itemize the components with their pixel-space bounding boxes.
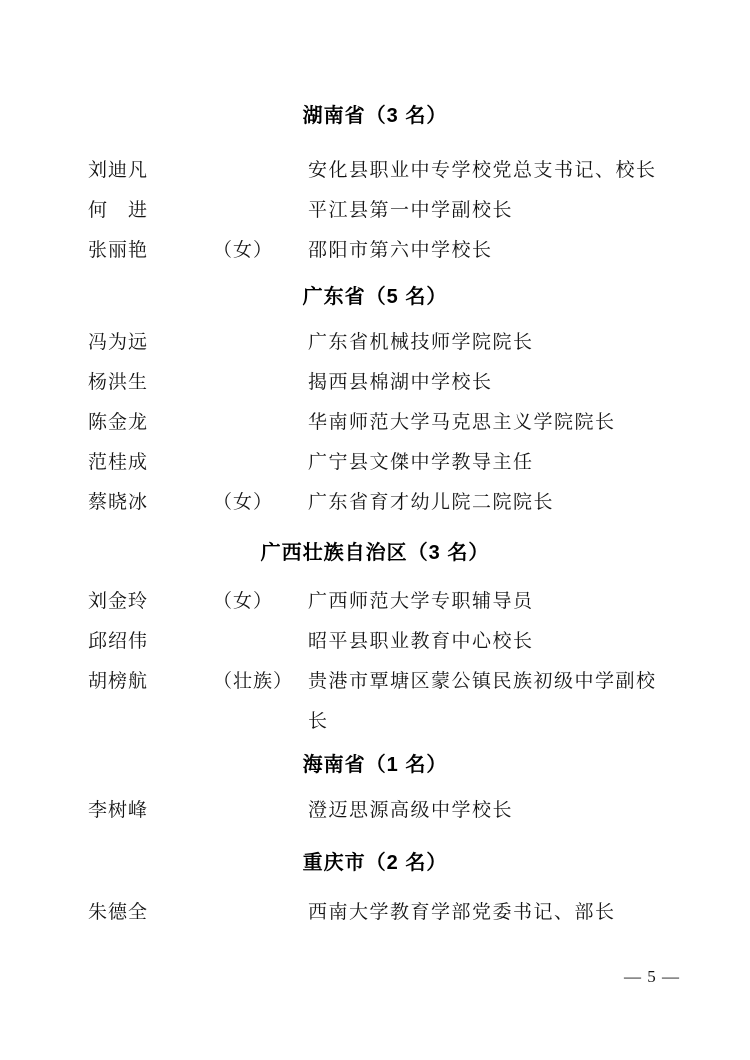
entry-name: 范桂成 [88,443,150,483]
entry-row: 冯为远广东省机械技师学院院长 [88,323,662,363]
section-entries: 李树峰澄迈思源高级中学校长 [88,791,662,831]
section-heading: 广东省（5 名） [88,283,662,311]
entry-name: 胡榜航 [88,662,150,702]
entry-name: 何 进 [88,191,150,231]
entry-row: 胡榜航（壮族）贵港市覃塘区蒙公镇民族初级中学副校长 [88,662,662,742]
entry-position: 澄迈思源高级中学校长 [308,791,662,831]
document-content: 湖南省（3 名）刘迪凡安化县职业中专学校党总支书记、校长何 进平江县第一中学副校… [88,102,662,933]
entry-row: 刘金玲（女）广西师范大学专职辅导员 [88,582,662,622]
entry-row: 蔡晓冰（女）广东省育才幼儿院二院院长 [88,483,662,523]
entry-name: 杨洪生 [88,363,150,403]
entry-row: 杨洪生揭西县棉湖中学校长 [88,363,662,403]
entry-note: （女） [213,582,273,622]
section-entries: 冯为远广东省机械技师学院院长杨洪生揭西县棉湖中学校长陈金龙华南师范大学马克思主义… [88,323,662,523]
entry-note: （壮族） [213,662,293,702]
entry-position: 西南大学教育学部党委书记、部长 [308,893,662,933]
entry-row: 刘迪凡安化县职业中专学校党总支书记、校长 [88,151,662,191]
entry-name: 蔡晓冰 [88,483,150,523]
section-heading: 海南省（1 名） [88,751,662,779]
entry-note: （女） [213,483,273,523]
entry-name: 朱德全 [88,893,150,933]
entry-name: 邱绍伟 [88,622,150,662]
entry-position: 昭平县职业教育中心校长 [308,622,662,662]
entry-row: 何 进平江县第一中学副校长 [88,191,662,231]
entry-row: 范桂成广宁县文傑中学教导主任 [88,443,662,483]
entry-note: （女） [213,231,273,271]
entry-position: 贵港市覃塘区蒙公镇民族初级中学副校长 [308,662,662,742]
entry-row: 李树峰澄迈思源高级中学校长 [88,791,662,831]
section: 重庆市（2 名）朱德全西南大学教育学部党委书记、部长 [88,849,662,933]
entry-name: 张丽艳 [88,231,150,271]
entry-position: 平江县第一中学副校长 [308,191,662,231]
entry-position: 广宁县文傑中学教导主任 [308,443,662,483]
entry-position: 安化县职业中专学校党总支书记、校长 [308,151,662,191]
entry-row: 陈金龙华南师范大学马克思主义学院院长 [88,403,662,443]
entry-name: 刘迪凡 [88,151,150,191]
entry-row: 张丽艳（女）邵阳市第六中学校长 [88,231,662,271]
entry-name: 李树峰 [88,791,150,831]
section-heading: 湖南省（3 名） [88,102,662,130]
entry-position: 广西师范大学专职辅导员 [308,582,662,622]
section-entries: 刘迪凡安化县职业中专学校党总支书记、校长何 进平江县第一中学副校长张丽艳（女）邵… [88,151,662,271]
page-number: — 5 — [624,966,680,988]
section-entries: 刘金玲（女）广西师范大学专职辅导员邱绍伟昭平县职业教育中心校长胡榜航（壮族）贵港… [88,582,662,742]
entry-position: 揭西县棉湖中学校长 [308,363,662,403]
entry-position: 邵阳市第六中学校长 [308,231,662,271]
entry-row: 朱德全西南大学教育学部党委书记、部长 [88,893,662,933]
section: 广东省（5 名）冯为远广东省机械技师学院院长杨洪生揭西县棉湖中学校长陈金龙华南师… [88,283,662,523]
section: 广西壮族自治区（3 名）刘金玲（女）广西师范大学专职辅导员邱绍伟昭平县职业教育中… [88,539,662,742]
entry-name: 冯为远 [88,323,150,363]
section-heading: 重庆市（2 名） [88,849,662,877]
entry-row: 邱绍伟昭平县职业教育中心校长 [88,622,662,662]
section: 湖南省（3 名）刘迪凡安化县职业中专学校党总支书记、校长何 进平江县第一中学副校… [88,102,662,271]
entry-name: 陈金龙 [88,403,150,443]
document-page: 湖南省（3 名）刘迪凡安化县职业中专学校党总支书记、校长何 进平江县第一中学副校… [0,0,750,1060]
entry-position: 华南师范大学马克思主义学院院长 [308,403,662,443]
entry-position: 广东省机械技师学院院长 [308,323,662,363]
section-heading: 广西壮族自治区（3 名） [88,539,662,567]
section: 海南省（1 名）李树峰澄迈思源高级中学校长 [88,751,662,831]
entry-position: 广东省育才幼儿院二院院长 [308,483,662,523]
entry-name: 刘金玲 [88,582,150,622]
section-entries: 朱德全西南大学教育学部党委书记、部长 [88,893,662,933]
